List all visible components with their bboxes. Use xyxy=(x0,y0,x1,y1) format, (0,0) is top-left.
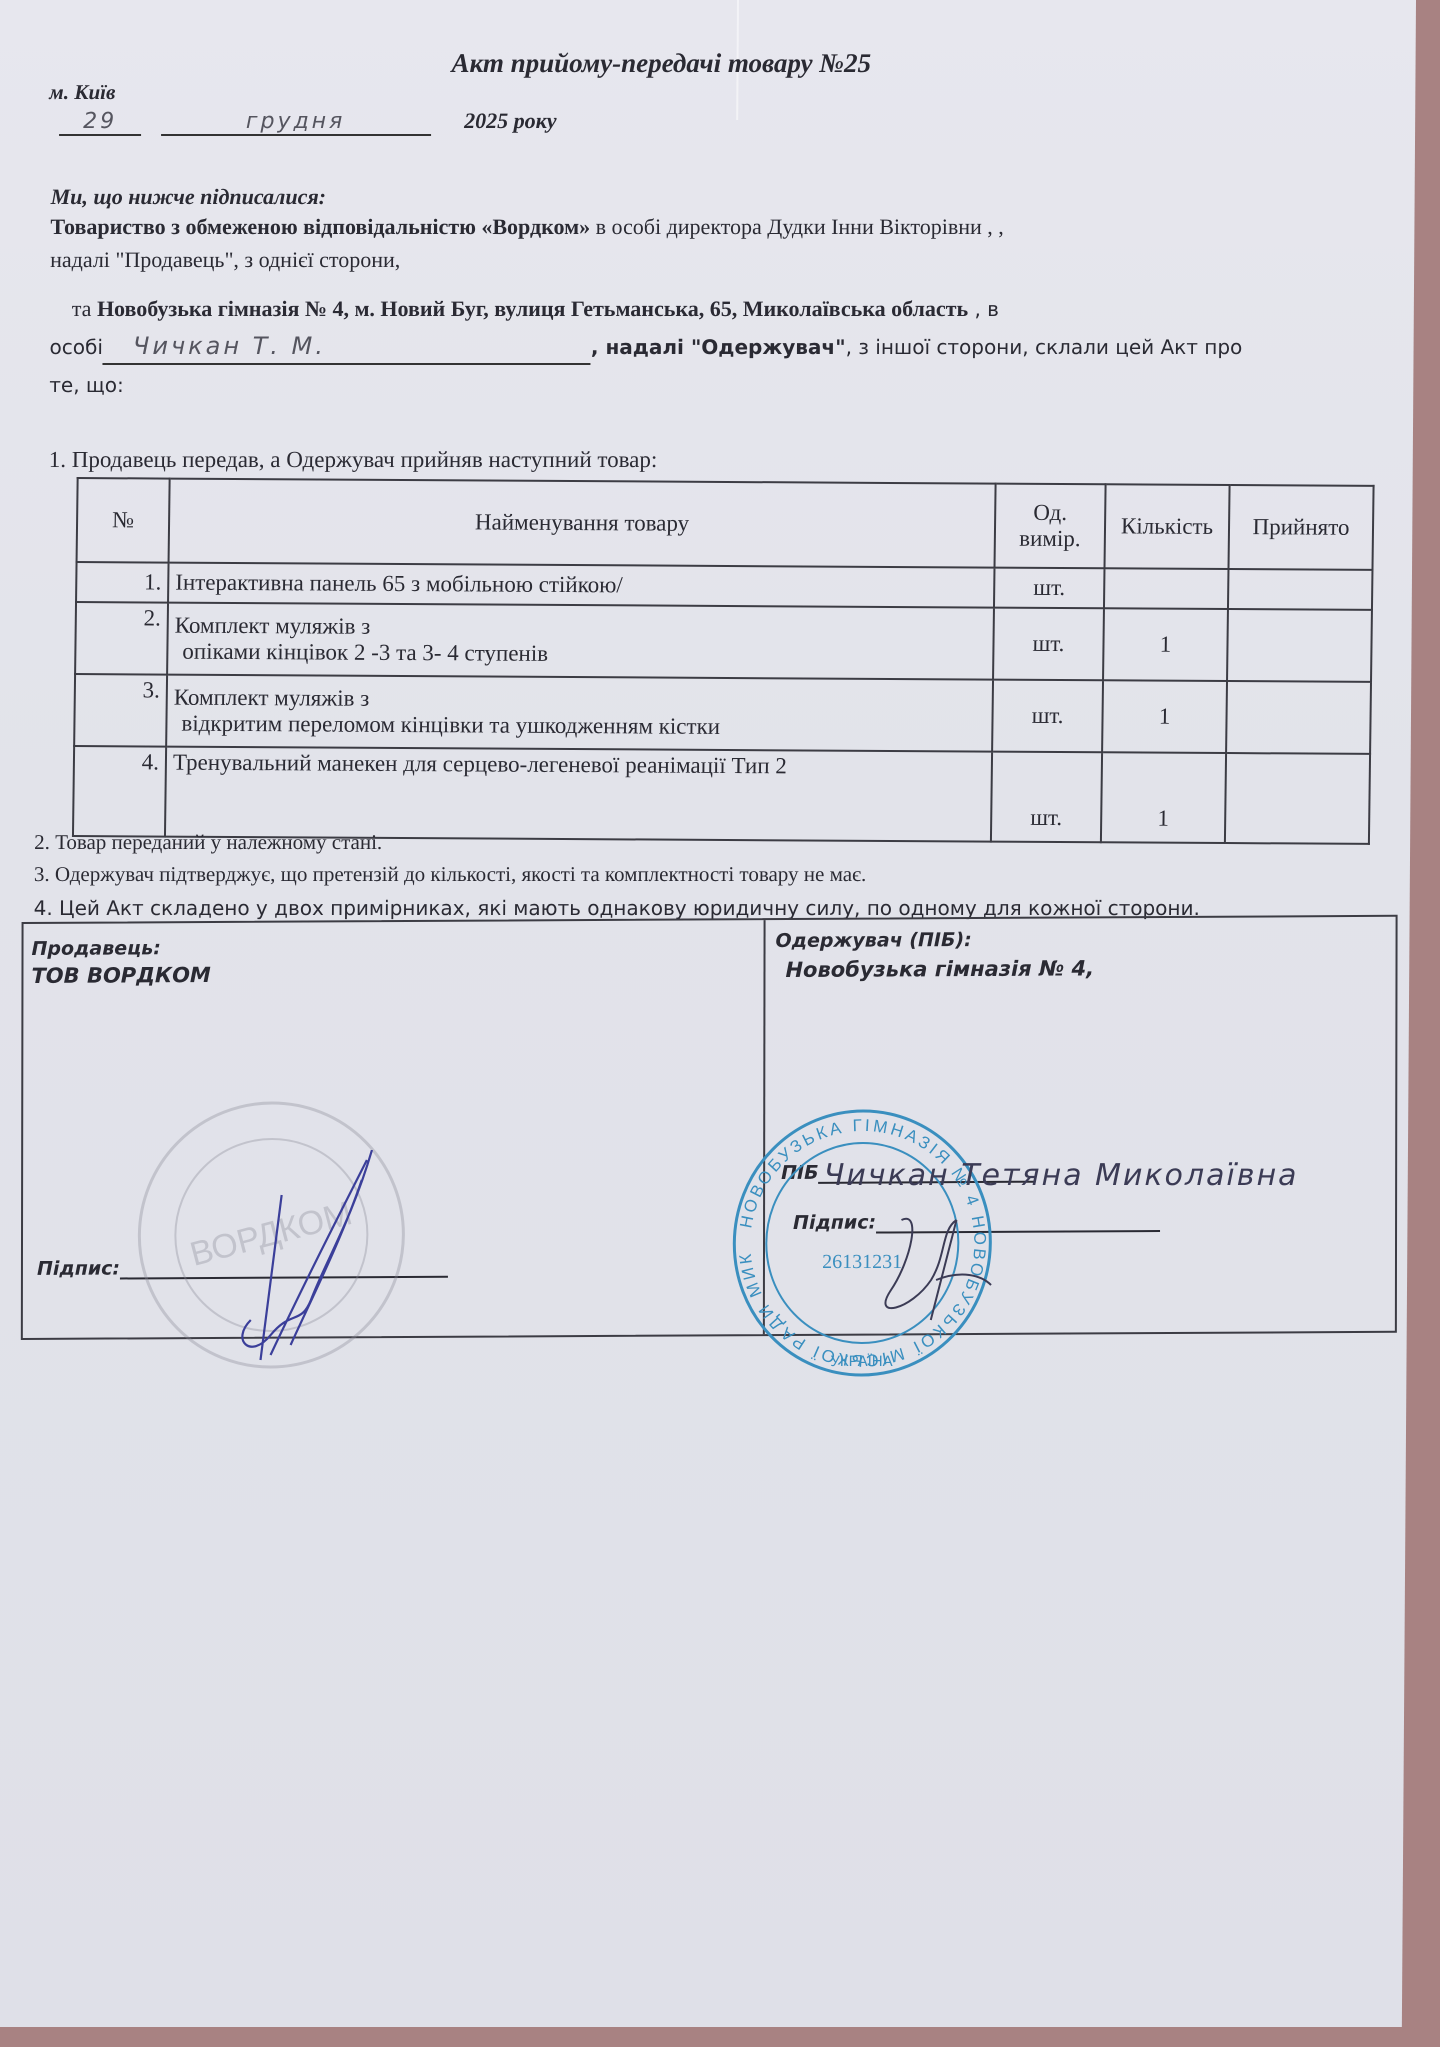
buyer-line3: те, що: xyxy=(49,369,1242,402)
row-name: Комплект муляжів з відкритим переломом к… xyxy=(166,675,993,752)
buyer-party-name: Новобузька гімназія № 4, м. Новий Буг, в… xyxy=(97,296,968,321)
buyer-heading: Одержувач (ПІБ): xyxy=(776,929,972,952)
table-header-row: № Найменування товару Од. вимір. Кількіс… xyxy=(77,478,1374,570)
row-name-line2: опіками кінцівок 2 -3 та 3- 4 ступенів xyxy=(174,639,986,670)
seller-party-rep: в особі директора Дудки Інни Вікторівни … xyxy=(590,214,1004,239)
row-unit: шт. xyxy=(993,608,1104,681)
buyer-after-name: , в xyxy=(968,297,999,321)
row-unit: шт. xyxy=(994,568,1105,609)
header-unit: Од. вимір. xyxy=(995,484,1106,569)
buyer-pib-handwritten: Чичкан Тетяна Миколаївна xyxy=(824,1158,1299,1193)
row-qty: 1 xyxy=(1103,608,1228,681)
row-qty: 1 xyxy=(1102,680,1227,753)
row-name: Комплект муляжів з опіками кінцівок 2 -3… xyxy=(167,603,994,680)
seller-heading: Продавець: xyxy=(31,937,160,960)
date-day: 29 xyxy=(59,109,141,136)
row-unit: шт. xyxy=(991,752,1102,843)
row-name: Тренувальний манекен для серцево-легенев… xyxy=(165,747,992,842)
goods-table: № Найменування товару Од. вимір. Кількіс… xyxy=(72,477,1375,845)
buyer-role-rest: , з іншої сторони, склали цей Акт про xyxy=(846,335,1243,359)
row-qty xyxy=(1104,568,1229,609)
row-no: 4. xyxy=(73,746,166,837)
row-name-line1: Тренувальний манекен для серцево-легенев… xyxy=(173,750,787,779)
row-name-line1: Інтерактивна панель 65 з мобільною стійк… xyxy=(175,570,623,598)
header-accepted: Прийнято xyxy=(1228,485,1373,570)
buyer-person-handwritten: Чичкан Т. М. xyxy=(103,330,591,365)
seller-party-role: надалі "Продавець", з однієї сторони, xyxy=(50,243,1004,276)
date-year: 2025 року xyxy=(464,108,557,133)
table-row: 2. Комплект муляжів з опіками кінцівок 2… xyxy=(75,602,1372,682)
seller-name: ТОВ ВОРДКОМ xyxy=(31,963,210,988)
row-accepted xyxy=(1227,609,1372,682)
table-row: 3. Комплект муляжів з відкритим переломо… xyxy=(74,674,1371,754)
document-city: м. Київ xyxy=(49,80,115,105)
seller-party-name: Товариство з обмеженою відповідальністю … xyxy=(50,214,590,239)
row-name: Інтерактивна панель 65 з мобільною стійк… xyxy=(168,563,994,608)
buyer-name: Новобузька гімназія № 4, xyxy=(785,956,1094,982)
row-name-line1: Комплект муляжів з xyxy=(175,613,371,639)
document-date: 29 грудня 2025 року xyxy=(59,108,557,136)
row-no: 1. xyxy=(76,562,169,603)
clause-3: 3. Одержувач підтверджує, що претензій д… xyxy=(34,862,867,887)
row-accepted xyxy=(1226,681,1371,754)
header-qty: Кількість xyxy=(1104,484,1229,569)
buyer-stamp-country: УКРАЇНА xyxy=(830,1353,892,1370)
clause-1: 1. Продавець передав, а Одержувач прийня… xyxy=(49,447,658,473)
date-month: грудня xyxy=(161,109,431,136)
buyer-role: , надалі "Одержувач" xyxy=(591,335,846,359)
document-page: Акт прийому-передачі товару №25 м. Київ … xyxy=(0,0,1416,2027)
buyer-person-prefix: особі xyxy=(49,335,103,359)
row-accepted xyxy=(1228,569,1373,610)
seller-party-paragraph: Товариство з обмеженою відповідальністю … xyxy=(50,210,1004,276)
seller-sign-label: Підпис: xyxy=(37,1257,120,1279)
header-no: № xyxy=(77,478,170,563)
buyer-prefix: та xyxy=(72,296,97,321)
row-qty: 1 xyxy=(1101,752,1226,843)
seller-signature xyxy=(230,1150,382,1370)
row-accepted xyxy=(1225,753,1370,844)
clause-2: 2. Товар переданий у належному стані. xyxy=(34,830,382,855)
document-title: Акт прийому-передачі товару №25 xyxy=(451,48,871,79)
header-name: Найменування товару xyxy=(169,479,996,568)
row-name-line2: відкритим переломом кінцівки та ушкоджен… xyxy=(173,711,985,742)
buyer-signature xyxy=(871,1200,1022,1330)
buyer-party-paragraph: та Новобузька гімназія № 4, м. Новий Буг… xyxy=(49,292,1243,402)
row-unit: шт. xyxy=(992,680,1103,753)
row-no: 3. xyxy=(74,674,167,747)
intro-text: Ми, що нижче підписалися: xyxy=(51,180,327,213)
row-name-line1: Комплект муляжів з xyxy=(174,685,370,711)
row-no: 2. xyxy=(75,602,168,675)
